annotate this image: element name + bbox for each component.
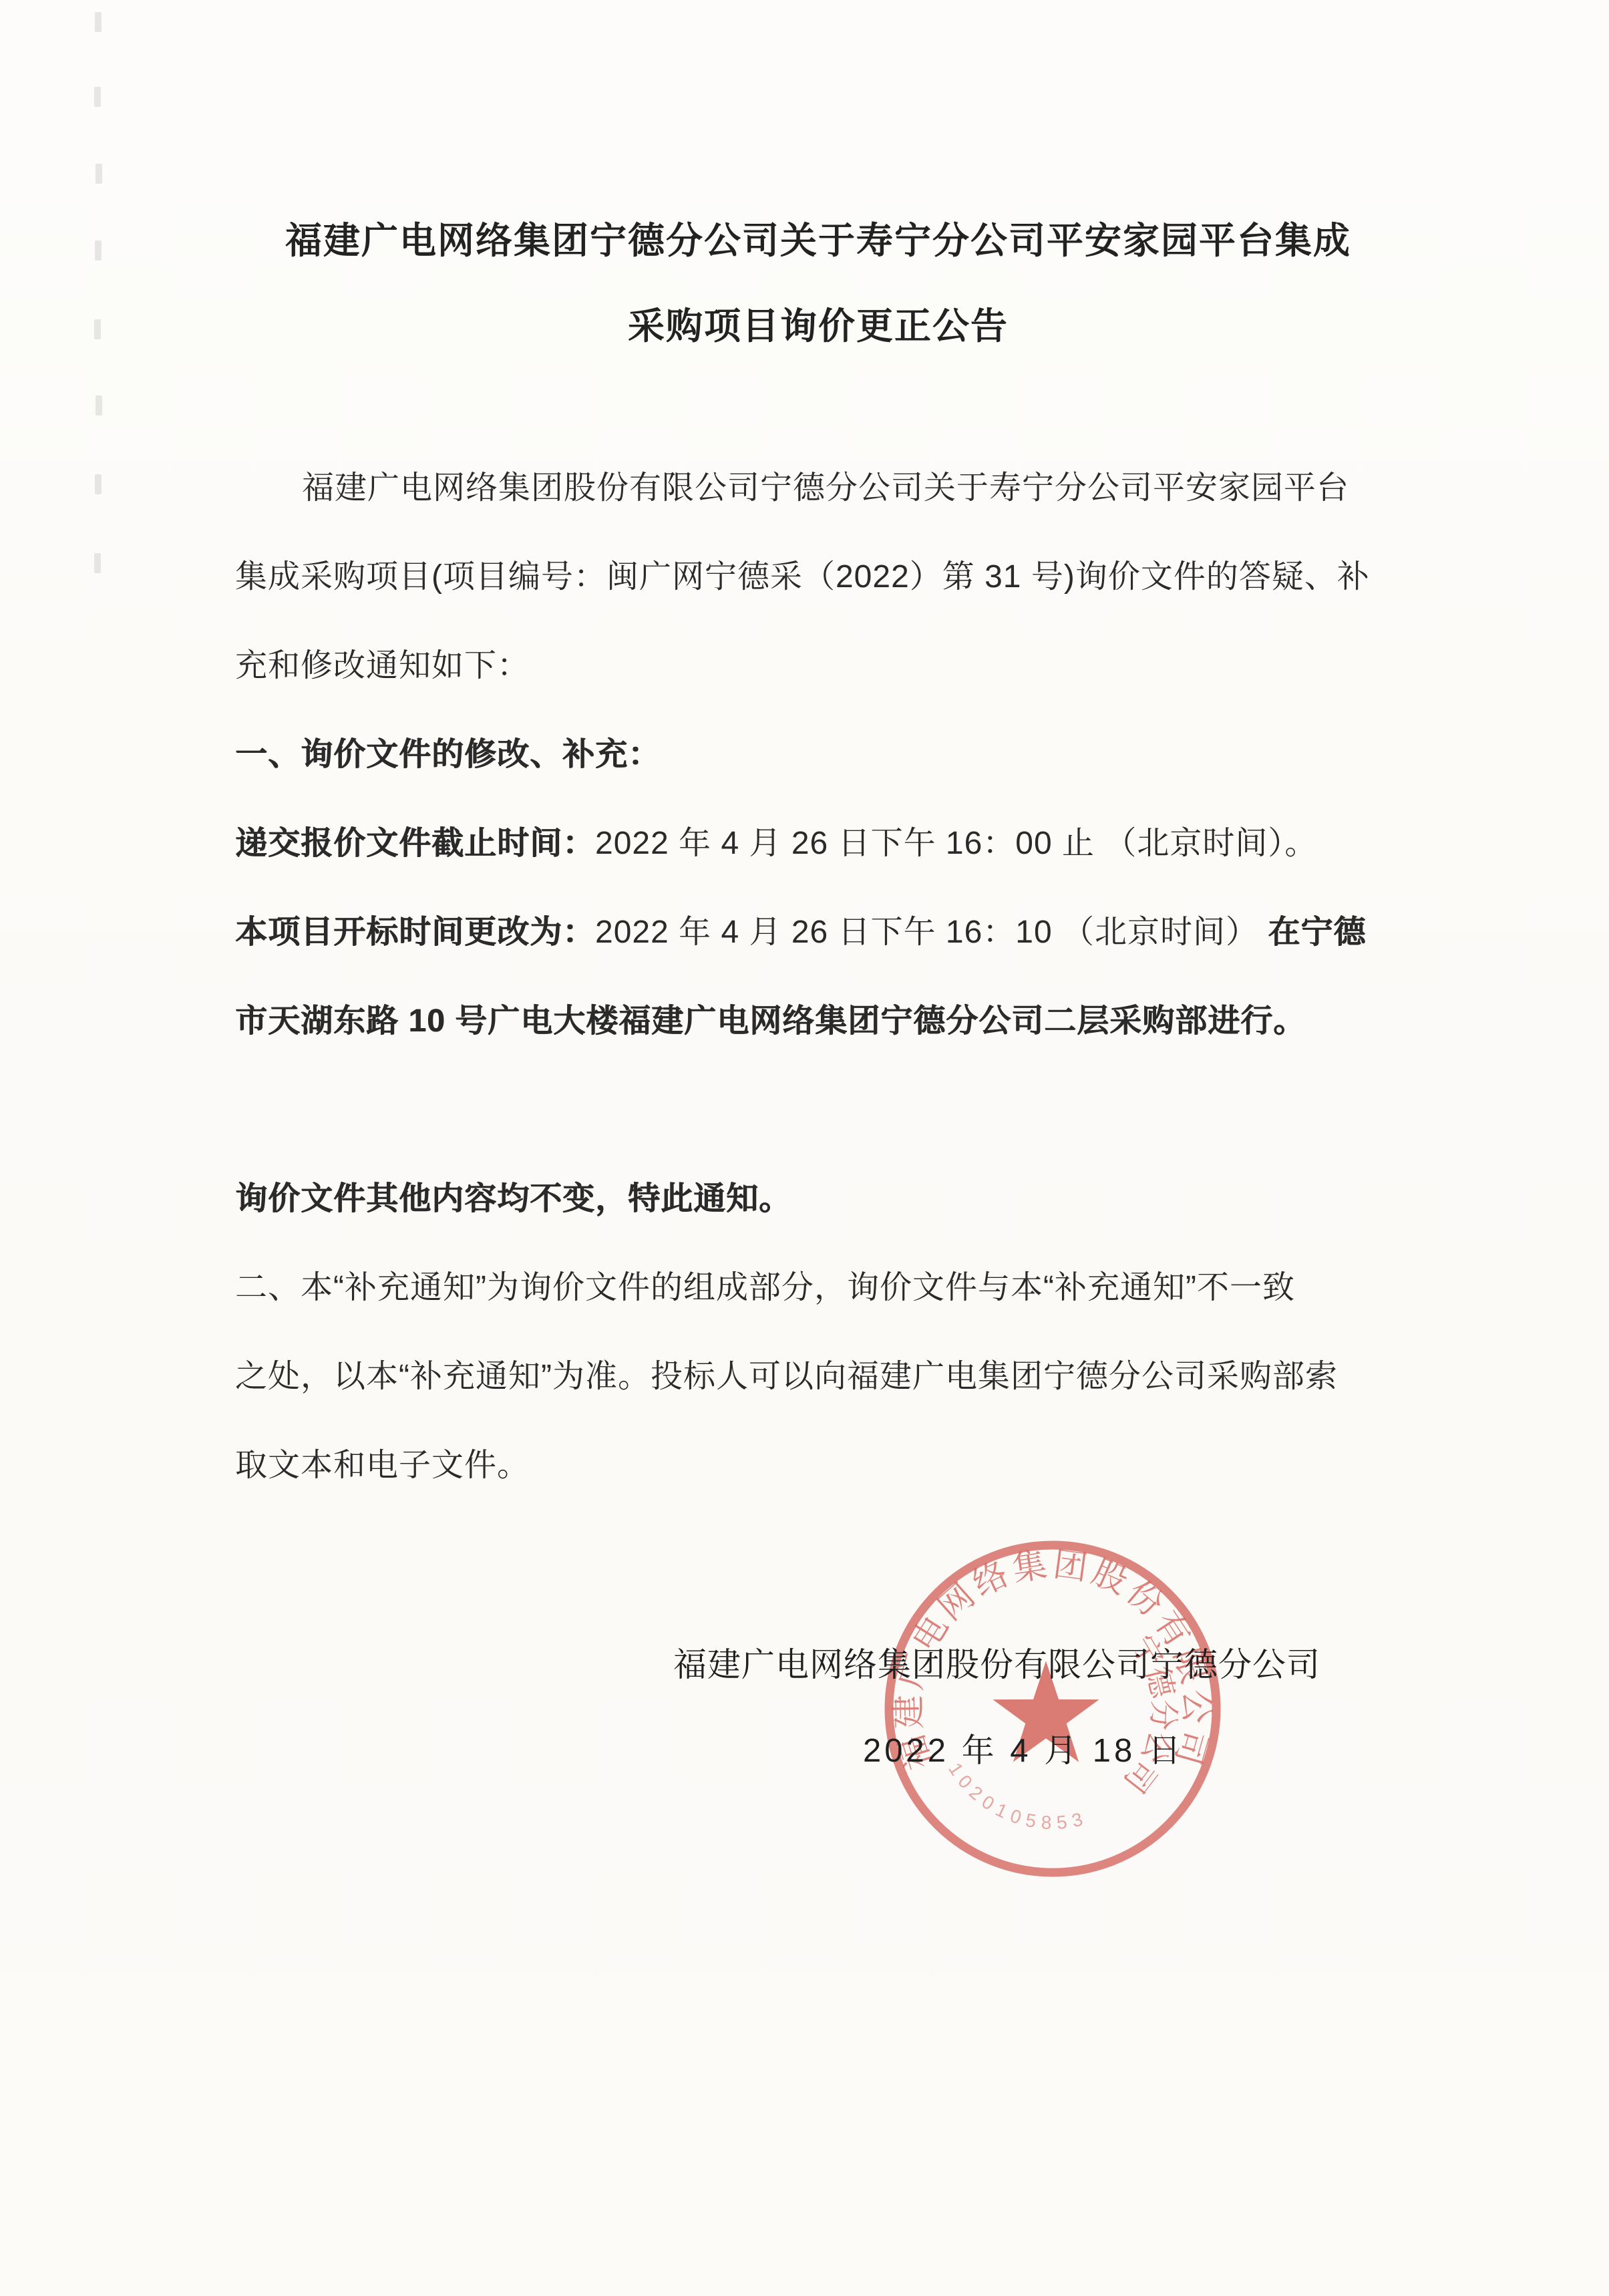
body-text: 2022 年 4 月 26 日下午 16：00 止 （北京时间）。 [595, 826, 1317, 861]
body-line: 之处，以本“补充通知”为准。投标人可以向福建广电集团宁德分公司采购部索 [235, 1332, 1437, 1421]
signature-date: 2022 年 4 月 18 日 [863, 1725, 1184, 1772]
official-seal: 福建广电网络集团股份有限公司 宁德分公司 1020105853 [866, 1522, 1240, 1896]
body-text: 询价文件其他内容均不变，特此通知。 [235, 1181, 791, 1216]
body-text: 2022 年 4 月 26 日下午 16：10 （北京时间） [595, 915, 1268, 950]
body-text: 之处，以本“补充通知”为准。投标人可以向福建广电集团宁德分公司采购部索 [235, 1359, 1338, 1394]
body-text: 市天湖东路 10 号广电大楼福建广电网络集团宁德分公司二层采购部进行。 [235, 1003, 1306, 1039]
body-line: 取文本和电子文件。 [235, 1421, 1437, 1510]
body-line: 福建广电网络集团股份有限公司宁德分公司关于寿宁分公司平安家园平台 [235, 444, 1437, 532]
body-text: 福建广电网络集团股份有限公司宁德分公司关于寿宁分公司平安家园平台 [302, 470, 1349, 506]
body-line-section-1: 一、询价文件的修改、补充： [235, 710, 1437, 799]
body-line-section-2: 二、本“补充通知”为询价文件的组成部分，询价文件与本“补充通知”不一致 [235, 1243, 1437, 1332]
body-text: 二、本“补充通知”为询价文件的组成部分，询价文件与本“补充通知”不一致 [235, 1270, 1295, 1305]
body-line: 集成采购项目(项目编号：闽广网宁德采（2022）第 31 号)询价文件的答疑、补 [235, 532, 1437, 621]
scan-artifact [94, 553, 101, 573]
body-line-address: 市天湖东路 10 号广电大楼福建广电网络集团宁德分公司二层采购部进行。 [235, 977, 1437, 1065]
body-text: 充和修改通知如下： [235, 648, 530, 683]
body-text: 本项目开标时间更改为： [235, 915, 595, 950]
document-page: 福建广电网络集团宁德分公司关于寿宁分公司平安家园平台集成 采购项目询价更正公告 … [0, 0, 1609, 2296]
scan-artifact [96, 395, 102, 416]
scan-artifact [95, 240, 102, 261]
body-text: 集成采购项目(项目编号：闽广网宁德采（2022）第 31 号)询价文件的答疑、补 [235, 559, 1370, 595]
scan-artifact [95, 474, 102, 494]
scan-artifact [95, 12, 102, 32]
body-line-opening-time: 本项目开标时间更改为：2022 年 4 月 26 日下午 16：10 （北京时间… [235, 888, 1437, 977]
body-text: 一、询价文件的修改、补充： [235, 737, 661, 772]
body-line-notice: 询价文件其他内容均不变，特此通知。 [235, 1154, 1437, 1243]
body-line-deadline: 递交报价文件截止时间：2022 年 4 月 26 日下午 16：00 止 （北京… [235, 799, 1437, 888]
body-text: 递交报价文件截止时间： [235, 826, 595, 861]
body-text: 取文本和电子文件。 [235, 1448, 530, 1483]
document-title-line1: 福建广电网络集团宁德分公司关于寿宁分公司平安家园平台集成 [224, 211, 1413, 264]
signature-company: 福建广电网络集团股份有限公司宁德分公司 [673, 1638, 1320, 1686]
body-line: 充和修改通知如下： [235, 621, 1437, 710]
document-body: 福建广电网络集团股份有限公司宁德分公司关于寿宁分公司平安家园平台 集成采购项目(… [235, 444, 1437, 1510]
scan-artifact [96, 164, 102, 184]
blank-line [235, 1065, 1437, 1154]
scan-artifact [94, 87, 101, 107]
document-title-line2: 采购项目询价更正公告 [224, 297, 1413, 349]
scan-artifact [94, 319, 101, 339]
body-text: 在宁德 [1268, 915, 1366, 950]
